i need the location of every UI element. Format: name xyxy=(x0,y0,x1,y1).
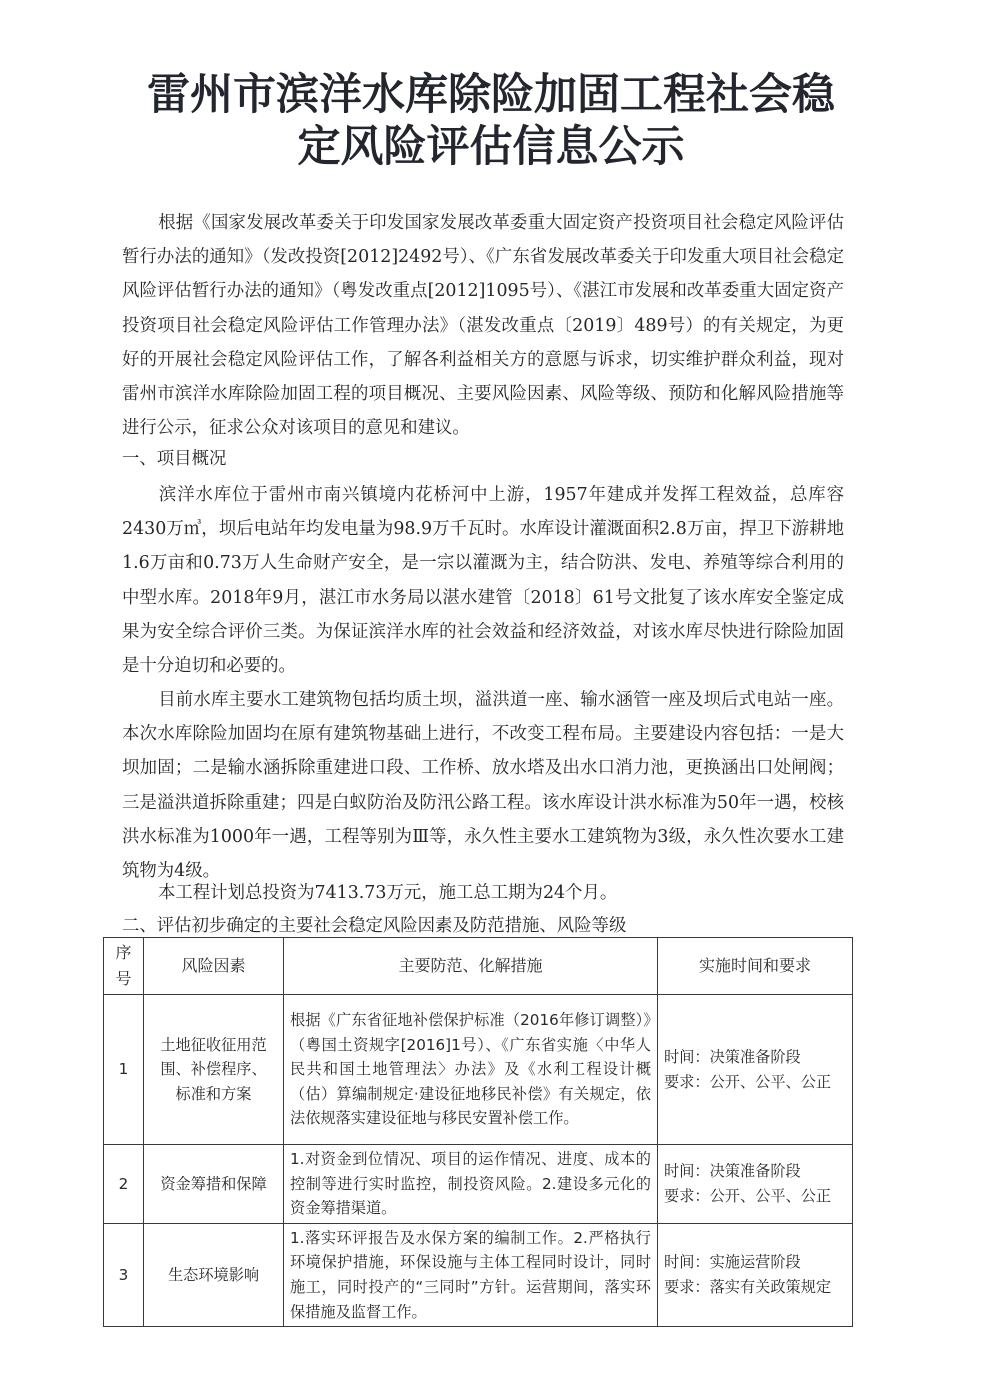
section1-paragraph-1: 滨洋水库位于雷州市南兴镇境内花桥河中上游，1957年建成并发挥工程效益，总库容2… xyxy=(122,478,844,683)
table-row: 2 资金筹措和保障 1.对资金到位情况、项目的运作情况、进度、成本的控制等进行实… xyxy=(104,1145,853,1224)
header-measures: 主要防范、化解措施 xyxy=(284,938,658,995)
row-requirement: 要求：公开、公平、公正 xyxy=(664,1070,846,1095)
header-time: 实施时间和要求 xyxy=(658,938,853,995)
title-line-2: 定风险评估信息公示 xyxy=(0,116,982,178)
header-factor: 风险因素 xyxy=(144,938,284,995)
intro-text: 根据《国家发展改革委关于印发国家发展改革委重大固定资产投资项目社会稳定风险评估暂… xyxy=(122,213,844,438)
section1-heading: 一、项目概况 xyxy=(122,444,226,469)
table-row: 3 生态环境影响 1.落实环评报告及水保方案的编制工作。2.严格执行环境保护措施… xyxy=(104,1223,853,1326)
row-requirement: 要求：落实有关政策规定 xyxy=(664,1275,846,1300)
row-factor: 资金筹措和保障 xyxy=(144,1145,284,1224)
row-measures: 1.对资金到位情况、项目的运作情况、进度、成本的控制等进行实时监控，制投资风险。… xyxy=(284,1145,658,1224)
section1-p1-text: 滨洋水库位于雷州市南兴镇境内花桥河中上游，1957年建成并发挥工程效益，总库容2… xyxy=(122,485,844,676)
row-time-cell: 时间：实施运营阶段 要求：落实有关政策规定 xyxy=(658,1223,853,1326)
row-time: 时间：实施运营阶段 xyxy=(664,1250,846,1275)
row-factor: 土地征收征用范围、补偿程序、标准和方案 xyxy=(144,995,284,1145)
row-time: 时间：决策准备阶段 xyxy=(664,1045,846,1070)
row-num: 3 xyxy=(104,1223,144,1326)
row-measures: 根据《广东省征地补偿保护标准（2016年修订调整）》（粤国土资规字[2016]1… xyxy=(284,995,658,1145)
section1-paragraph-3: 本工程计划总投资为7413.73万元，施工总工期为24个月。 xyxy=(122,876,844,910)
section1-p3-text: 本工程计划总投资为7413.73万元，施工总工期为24个月。 xyxy=(158,883,617,903)
section1-paragraph-2: 目前水库主要水工建筑物包括均质土坝，溢洪道一座、输水涵管一座及坝后式电站一座。本… xyxy=(122,683,844,888)
row-requirement: 要求：公开、公平、公正 xyxy=(664,1184,846,1209)
intro-paragraph: 根据《国家发展改革委关于印发国家发展改革委重大固定资产投资项目社会稳定风险评估暂… xyxy=(122,206,844,445)
row-time: 时间：决策准备阶段 xyxy=(664,1159,846,1184)
row-num: 2 xyxy=(104,1145,144,1224)
section2-heading: 二、评估初步确定的主要社会稳定风险因素及防范措施、风险等级 xyxy=(122,911,626,936)
table-row: 1 土地征收征用范围、补偿程序、标准和方案 根据《广东省征地补偿保护标准（201… xyxy=(104,995,853,1145)
row-time-cell: 时间：决策准备阶段 要求：公开、公平、公正 xyxy=(658,995,853,1145)
header-num: 序号 xyxy=(104,938,144,995)
risk-table: 序号 风险因素 主要防范、化解措施 实施时间和要求 1 土地征收征用范围、补偿程… xyxy=(103,937,853,1327)
row-factor: 生态环境影响 xyxy=(144,1223,284,1326)
row-time-cell: 时间：决策准备阶段 要求：公开、公平、公正 xyxy=(658,1145,853,1224)
section1-p2-text: 目前水库主要水工建筑物包括均质土坝，溢洪道一座、输水涵管一座及坝后式电站一座。本… xyxy=(122,690,844,881)
row-measures: 1.落实环评报告及水保方案的编制工作。2.严格执行环境保护措施，环保设施与主体工… xyxy=(284,1223,658,1326)
table-header-row: 序号 风险因素 主要防范、化解措施 实施时间和要求 xyxy=(104,938,853,995)
row-num: 1 xyxy=(104,995,144,1145)
